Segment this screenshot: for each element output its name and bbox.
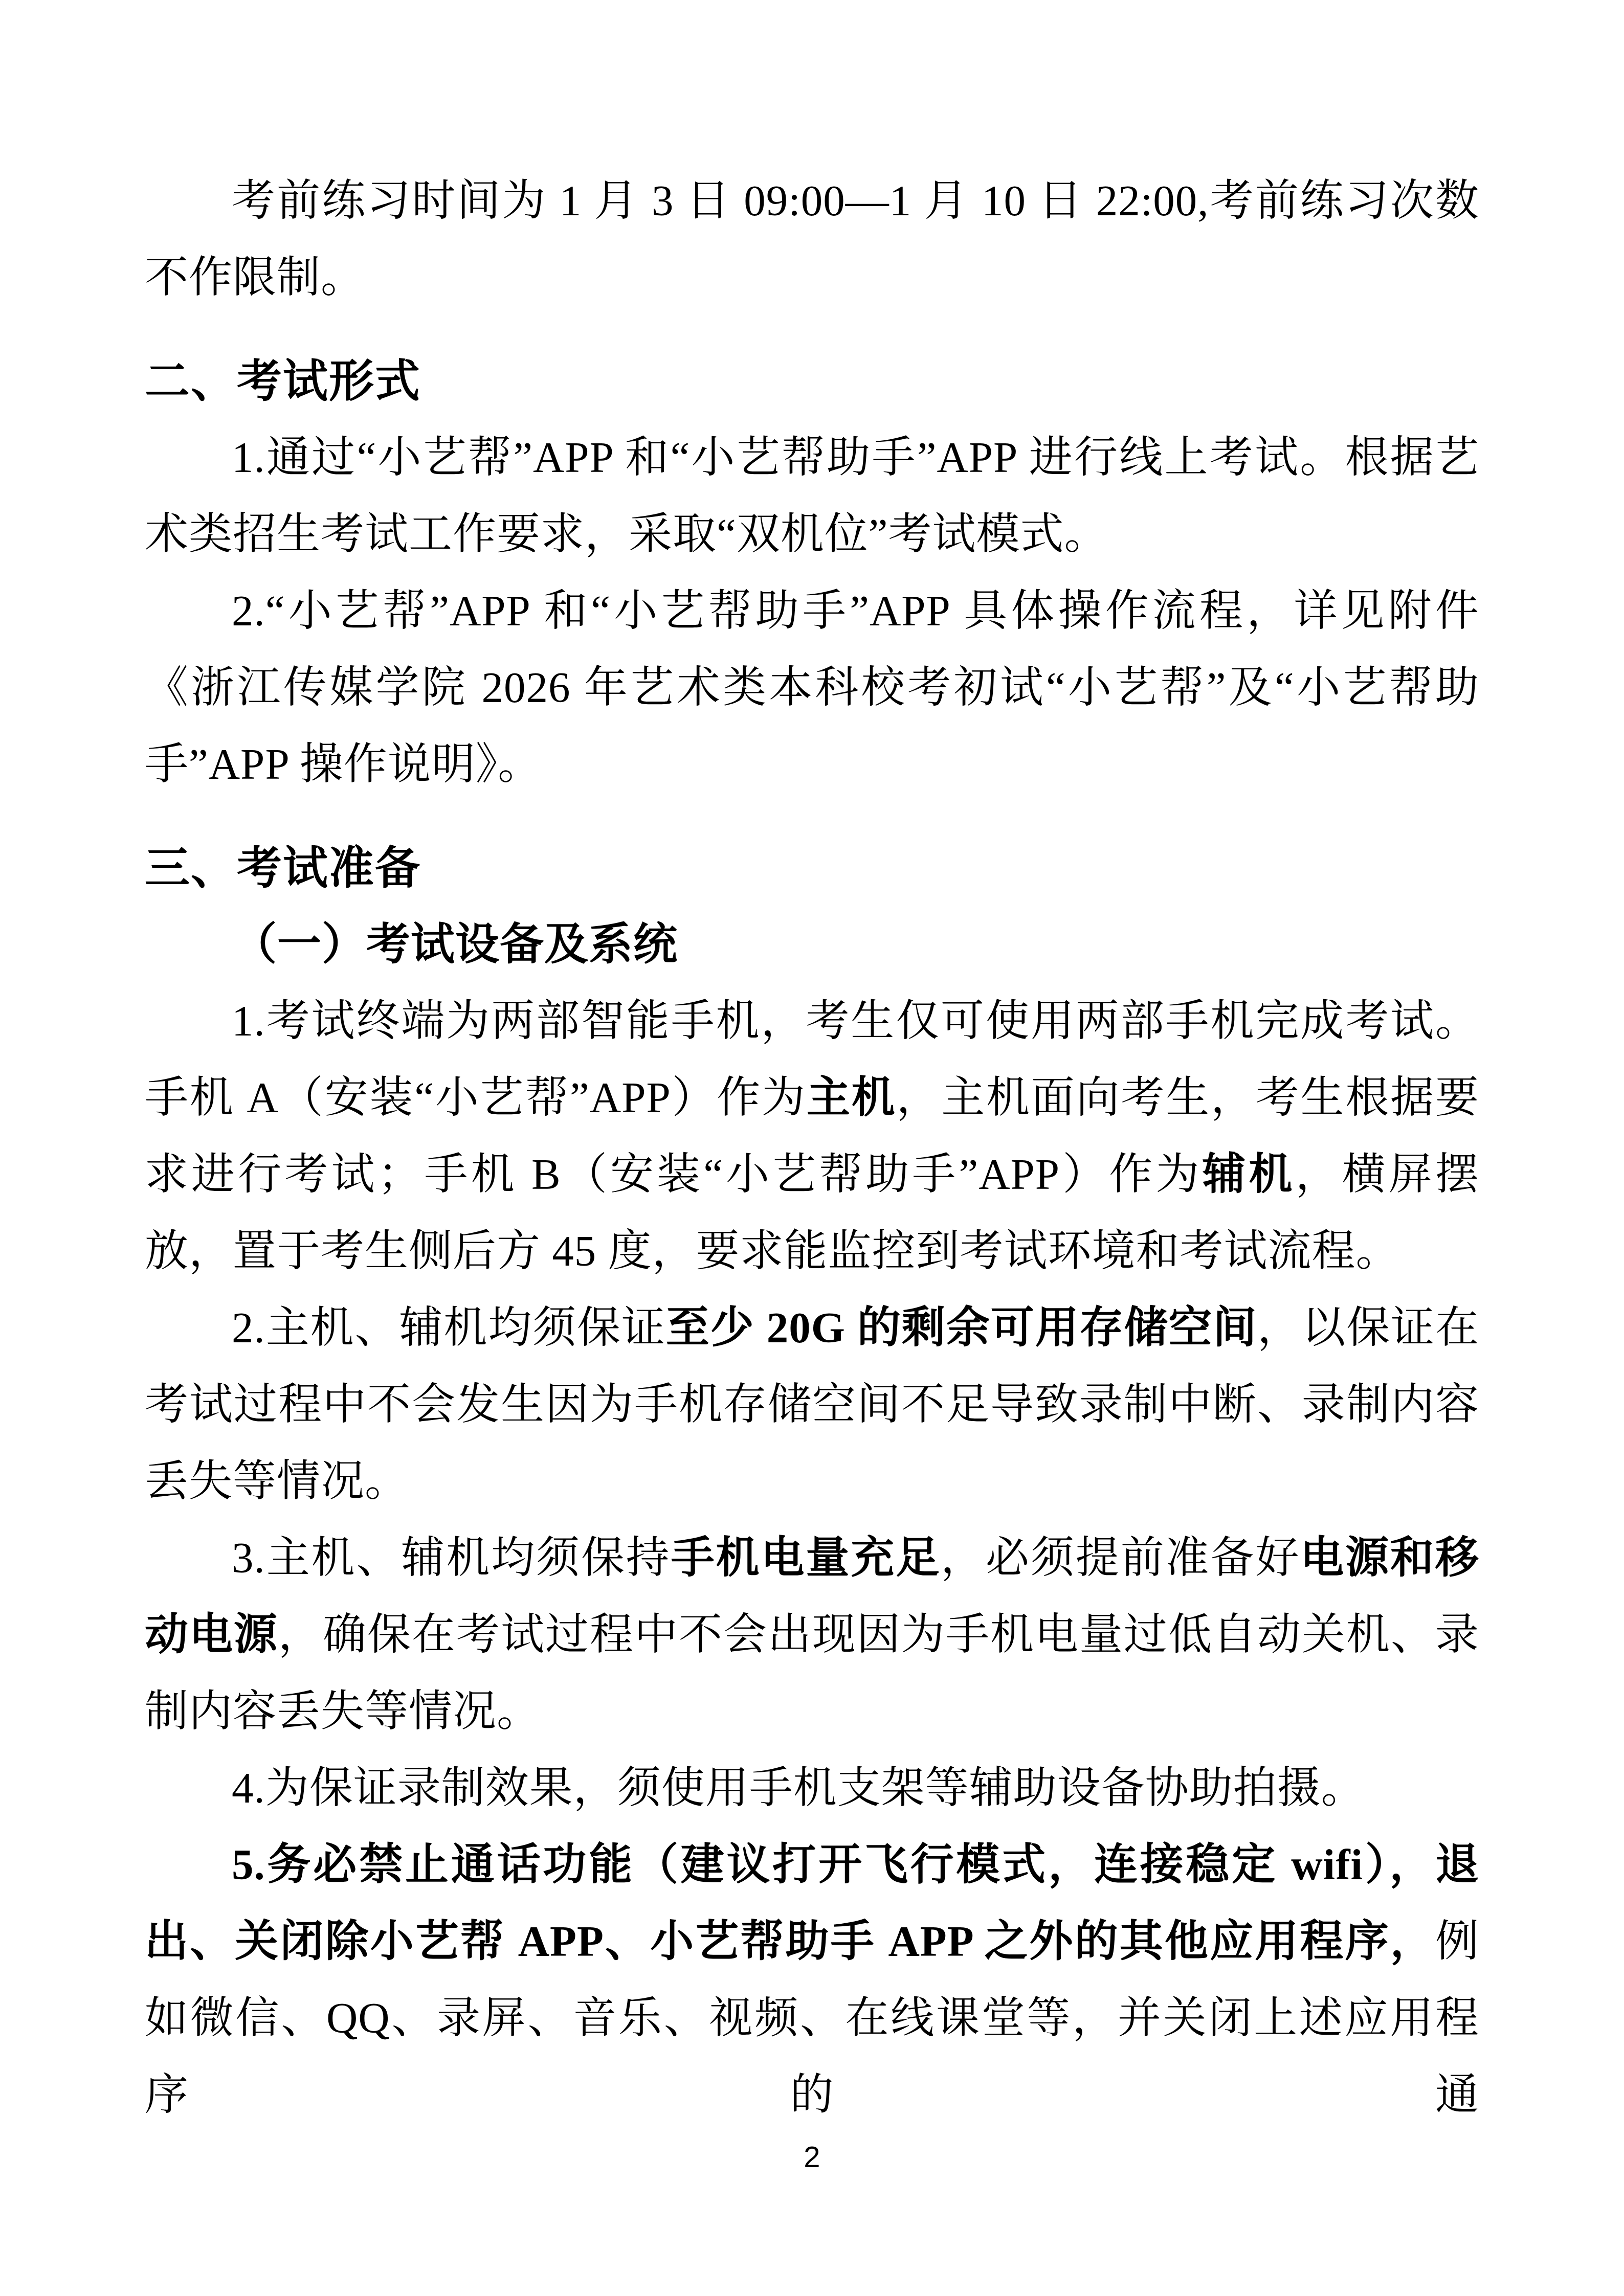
text-run: 2.主机、辅机均须保证 <box>232 1304 666 1352</box>
text-run: 考前练习时间为 1 月 3 日 09:00—1 月 10 日 22:00,考前练… <box>145 177 1479 302</box>
paragraph-preparation-3: 3.主机、辅机均须保持手机电量充足，必须提前准备好电源和移动电源，确保在考试过程… <box>145 1520 1479 1750</box>
paragraph-exam-format-2: 2.“小艺帮”APP 和“小艺帮助手”APP 具体操作流程，详见附件《浙江传媒学… <box>145 573 1479 803</box>
subheading-exam-equipment-system: （一）考试设备及系统 <box>145 906 1479 983</box>
text-run: ，确保在考试过程中不会出现因为手机电量过低自动关机、录制内容丢失等情况。 <box>145 1611 1479 1736</box>
text-run: 3.主机、辅机均须保持 <box>232 1534 671 1582</box>
document-content: 考前练习时间为 1 月 3 日 09:00—1 月 10 日 22:00,考前练… <box>145 163 1479 2133</box>
text-run-bold: 辅机 <box>1203 1151 1296 1199</box>
paragraph-practice-time: 考前练习时间为 1 月 3 日 09:00—1 月 10 日 22:00,考前练… <box>145 163 1479 316</box>
document-page: 考前练习时间为 1 月 3 日 09:00—1 月 10 日 22:00,考前练… <box>0 0 1624 2296</box>
paragraph-exam-format-1: 1.通过“小艺帮”APP 和“小艺帮助手”APP 进行线上考试。根据艺术类招生考… <box>145 419 1479 573</box>
text-run-bold: 5.务必禁止通话功能（建议打开飞行模式，连接稳定 wifi），退出、关闭除小艺帮… <box>145 1841 1479 1966</box>
heading-section-exam-format: 二、考试形式 <box>145 343 1479 419</box>
page-number: 2 <box>0 2142 1624 2173</box>
text-run-bold: 手机电量充足 <box>671 1534 941 1582</box>
text-run-bold: 至少 20G 的剩余可用存储空间 <box>666 1304 1257 1352</box>
text-run-bold: 主机 <box>807 1074 897 1122</box>
text-run: 1.通过“小艺帮”APP 和“小艺帮助手”APP 进行线上考试。根据艺术类招生考… <box>145 434 1479 558</box>
paragraph-preparation-5: 5.务必禁止通话功能（建议打开飞行模式，连接稳定 wifi），退出、关闭除小艺帮… <box>145 1827 1479 2133</box>
heading-section-exam-preparation: 三、考试准备 <box>145 829 1479 906</box>
text-run: ，必须提前准备好 <box>941 1534 1300 1582</box>
paragraph-preparation-4: 4.为保证录制效果，须使用手机支架等辅助设备协助拍摄。 <box>145 1750 1479 1827</box>
text-run: 4.为保证录制效果，须使用手机支架等辅助设备协助拍摄。 <box>232 1764 1365 1812</box>
paragraph-preparation-1: 1.考试终端为两部智能手机，考生仅可使用两部手机完成考试。手机 A（安装“小艺帮… <box>145 983 1479 1290</box>
text-run: 2.“小艺帮”APP 和“小艺帮助手”APP 具体操作流程，详见附件《浙江传媒学… <box>145 587 1479 789</box>
paragraph-preparation-2: 2.主机、辅机均须保证至少 20G 的剩余可用存储空间，以保证在考试过程中不会发… <box>145 1290 1479 1520</box>
